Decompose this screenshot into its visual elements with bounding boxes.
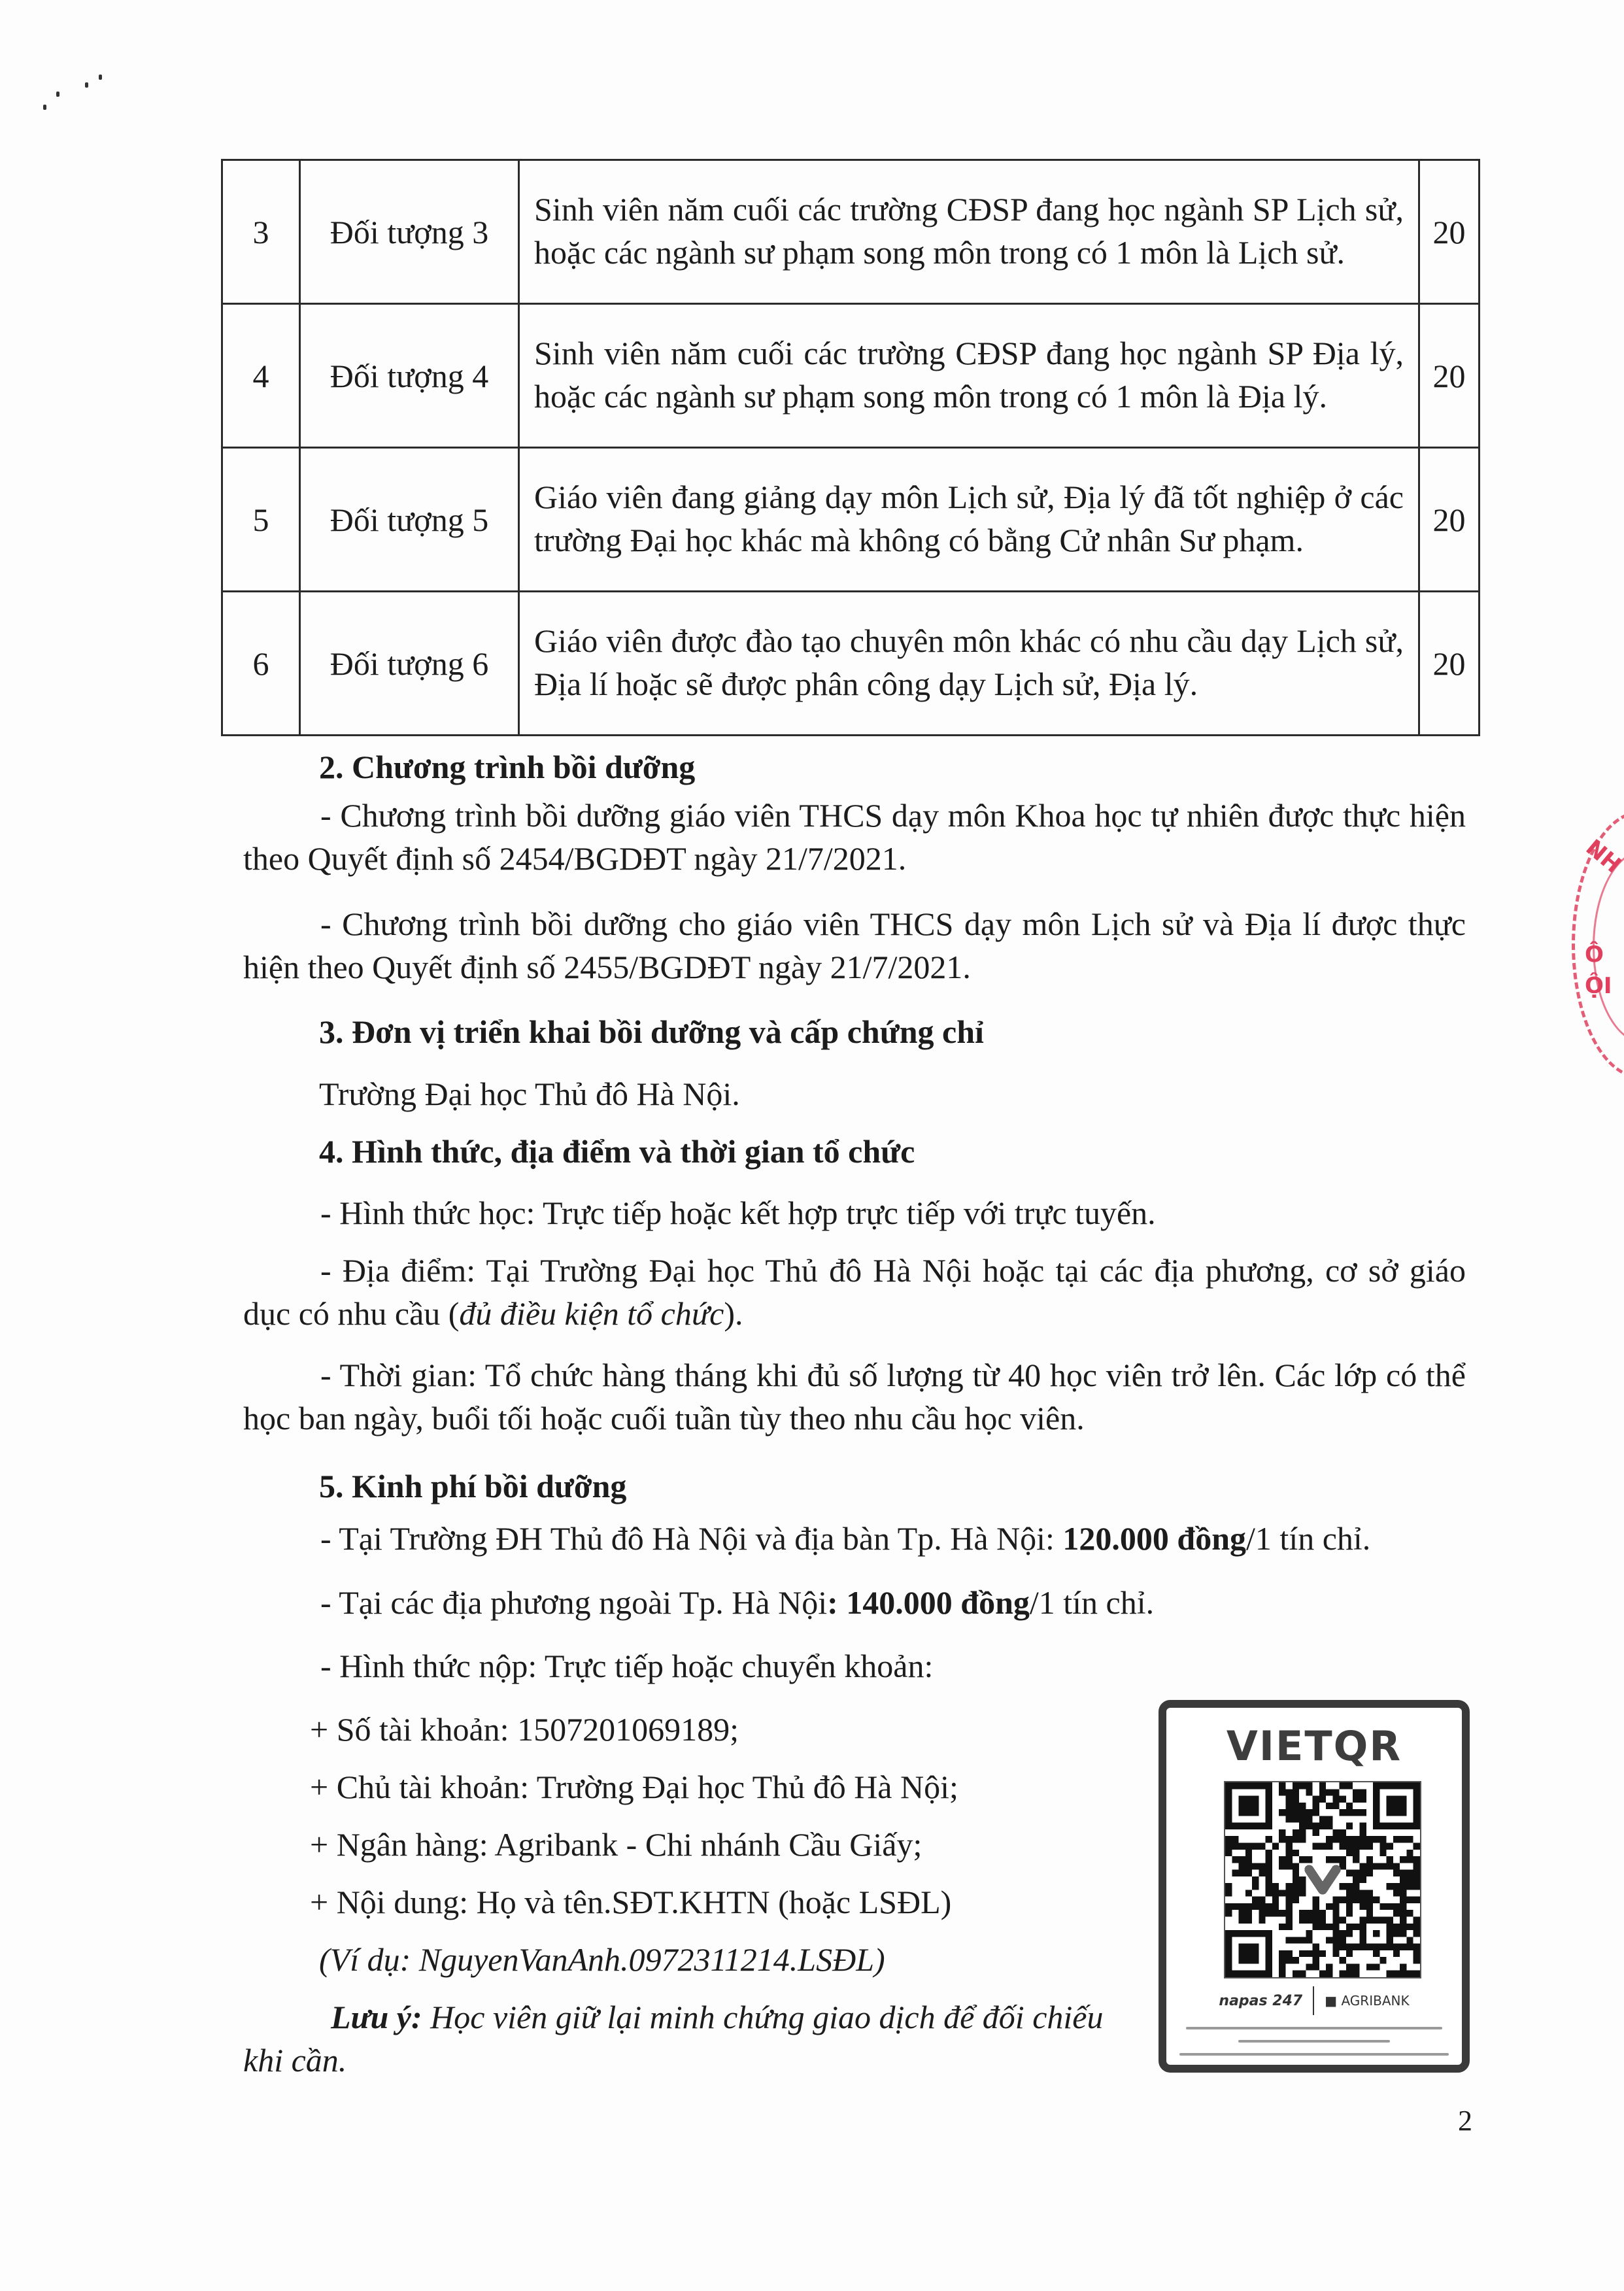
qr-fine-print xyxy=(1186,2027,1442,2029)
criteria-table: 3Đối tượng 3Sinh viên năm cuối các trườn… xyxy=(221,159,1480,736)
row-object: Đối tượng 5 xyxy=(300,448,519,592)
scan-speck xyxy=(56,92,59,97)
scan-speck xyxy=(85,82,88,88)
table-row: 6Đối tượng 6Giáo viên được đào tạo chuyê… xyxy=(222,592,1480,736)
page-number: 2 xyxy=(1458,2104,1472,2137)
row-object: Đối tượng 6 xyxy=(300,592,519,736)
scan-speck xyxy=(43,105,46,110)
row-description: Sinh viên năm cuối các trường CĐSP đang … xyxy=(519,304,1419,448)
payment-method: - Hình thức nộp: Trực tiếp hoặc chuyển k… xyxy=(320,1644,933,1688)
section-5-heading: 5. Kinh phí bồi dưỡng xyxy=(319,1465,626,1508)
qr-brands: napas 247 ■ AGRIBANK xyxy=(1166,1986,1462,2015)
table-row: 5Đối tượng 5Giáo viên đang giảng dạy môn… xyxy=(222,448,1480,592)
row-number: 5 xyxy=(222,448,300,592)
fee-hanoi: - Tại Trường ĐH Thủ đô Hà Nội và địa bàn… xyxy=(320,1517,1370,1560)
row-number: 6 xyxy=(222,592,300,736)
row-quantity: 20 xyxy=(1419,592,1480,736)
row-object: Đối tượng 3 xyxy=(300,160,519,304)
qr-code[interactable] xyxy=(1224,1781,1421,1978)
row-number: 3 xyxy=(222,160,300,304)
section-4-heading: 4. Hình thức, địa điểm và thời gian tổ c… xyxy=(319,1130,915,1173)
row-quantity: 20 xyxy=(1419,160,1480,304)
napas-logo: napas 247 xyxy=(1219,1993,1302,2009)
document-page: 3Đối tượng 3Sinh viên năm cuối các trườn… xyxy=(0,0,1624,2291)
section-2-heading: 2. Chương trình bồi dưỡng xyxy=(319,745,695,789)
section-4-paragraph-1: - Hình thức học: Trực tiếp hoặc kết hợp … xyxy=(320,1191,1156,1234)
stamp-text: Ô xyxy=(1585,942,1604,968)
bank-name: + Ngân hàng: Agribank - Chi nhánh Cầu Gi… xyxy=(310,1823,922,1866)
qr-fine-print xyxy=(1179,2053,1449,2056)
section-3-heading: 3. Đơn vị triển khai bồi dưỡng và cấp ch… xyxy=(319,1010,984,1053)
row-quantity: 20 xyxy=(1419,448,1480,592)
agribank-icon: ■ xyxy=(1325,1993,1341,2009)
section-3-paragraph: Trường Đại học Thủ đô Hà Nội. xyxy=(319,1072,740,1115)
scan-speck xyxy=(99,75,102,80)
section-2-paragraph-2: - Chương trình bồi dưỡng cho giáo viên T… xyxy=(243,902,1466,989)
table-row: 3Đối tượng 3Sinh viên năm cuối các trườn… xyxy=(222,160,1480,304)
qr-fine-print xyxy=(1238,2040,1390,2043)
row-quantity: 20 xyxy=(1419,304,1480,448)
vietqr-logo: VIETQR xyxy=(1166,1722,1462,1770)
row-description: Giáo viên được đào tạo chuyên môn khác c… xyxy=(519,592,1419,736)
account-owner: + Chủ tài khoản: Trường Đại học Thủ đô H… xyxy=(310,1765,958,1808)
transfer-example: (Ví dụ: NguyenVanAnh.0972311214.LSĐL) xyxy=(319,1938,885,1981)
row-description: Sinh viên năm cuối các trường CĐSP đang … xyxy=(519,160,1419,304)
qr-code-icon xyxy=(1225,1782,1420,1977)
brand-divider xyxy=(1313,1986,1314,2015)
row-number: 4 xyxy=(222,304,300,448)
vietqr-card: VIETQR napas 247 ■ AGRIBANK xyxy=(1159,1700,1470,2073)
section-4-paragraph-3: - Thời gian: Tổ chức hàng tháng khi đủ s… xyxy=(243,1353,1466,1440)
row-description: Giáo viên đang giảng dạy môn Lịch sử, Đị… xyxy=(519,448,1419,592)
section-2-paragraph-1: - Chương trình bồi dưỡng giáo viên THCS … xyxy=(243,794,1466,880)
section-4-paragraph-2: - Địa điểm: Tại Trường Đại học Thủ đô Hà… xyxy=(243,1249,1466,1335)
account-number: + Số tài khoản: 1507201069189; xyxy=(310,1708,739,1751)
row-object: Đối tượng 4 xyxy=(300,304,519,448)
stamp-text: ỘI xyxy=(1585,973,1612,999)
table-row: 4Đối tượng 4Sinh viên năm cuối các trườn… xyxy=(222,304,1480,448)
fee-outside-hanoi: - Tại các địa phương ngoài Tp. Hà Nội: 1… xyxy=(320,1581,1154,1624)
agribank-logo: ■ AGRIBANK xyxy=(1325,1993,1409,2009)
note: Lưu ý: Học viên giữ lại minh chứng giao … xyxy=(243,1995,1145,2082)
transfer-content: + Nội dung: Họ và tên.SĐT.KHTN (hoặc LSĐ… xyxy=(310,1880,951,1924)
